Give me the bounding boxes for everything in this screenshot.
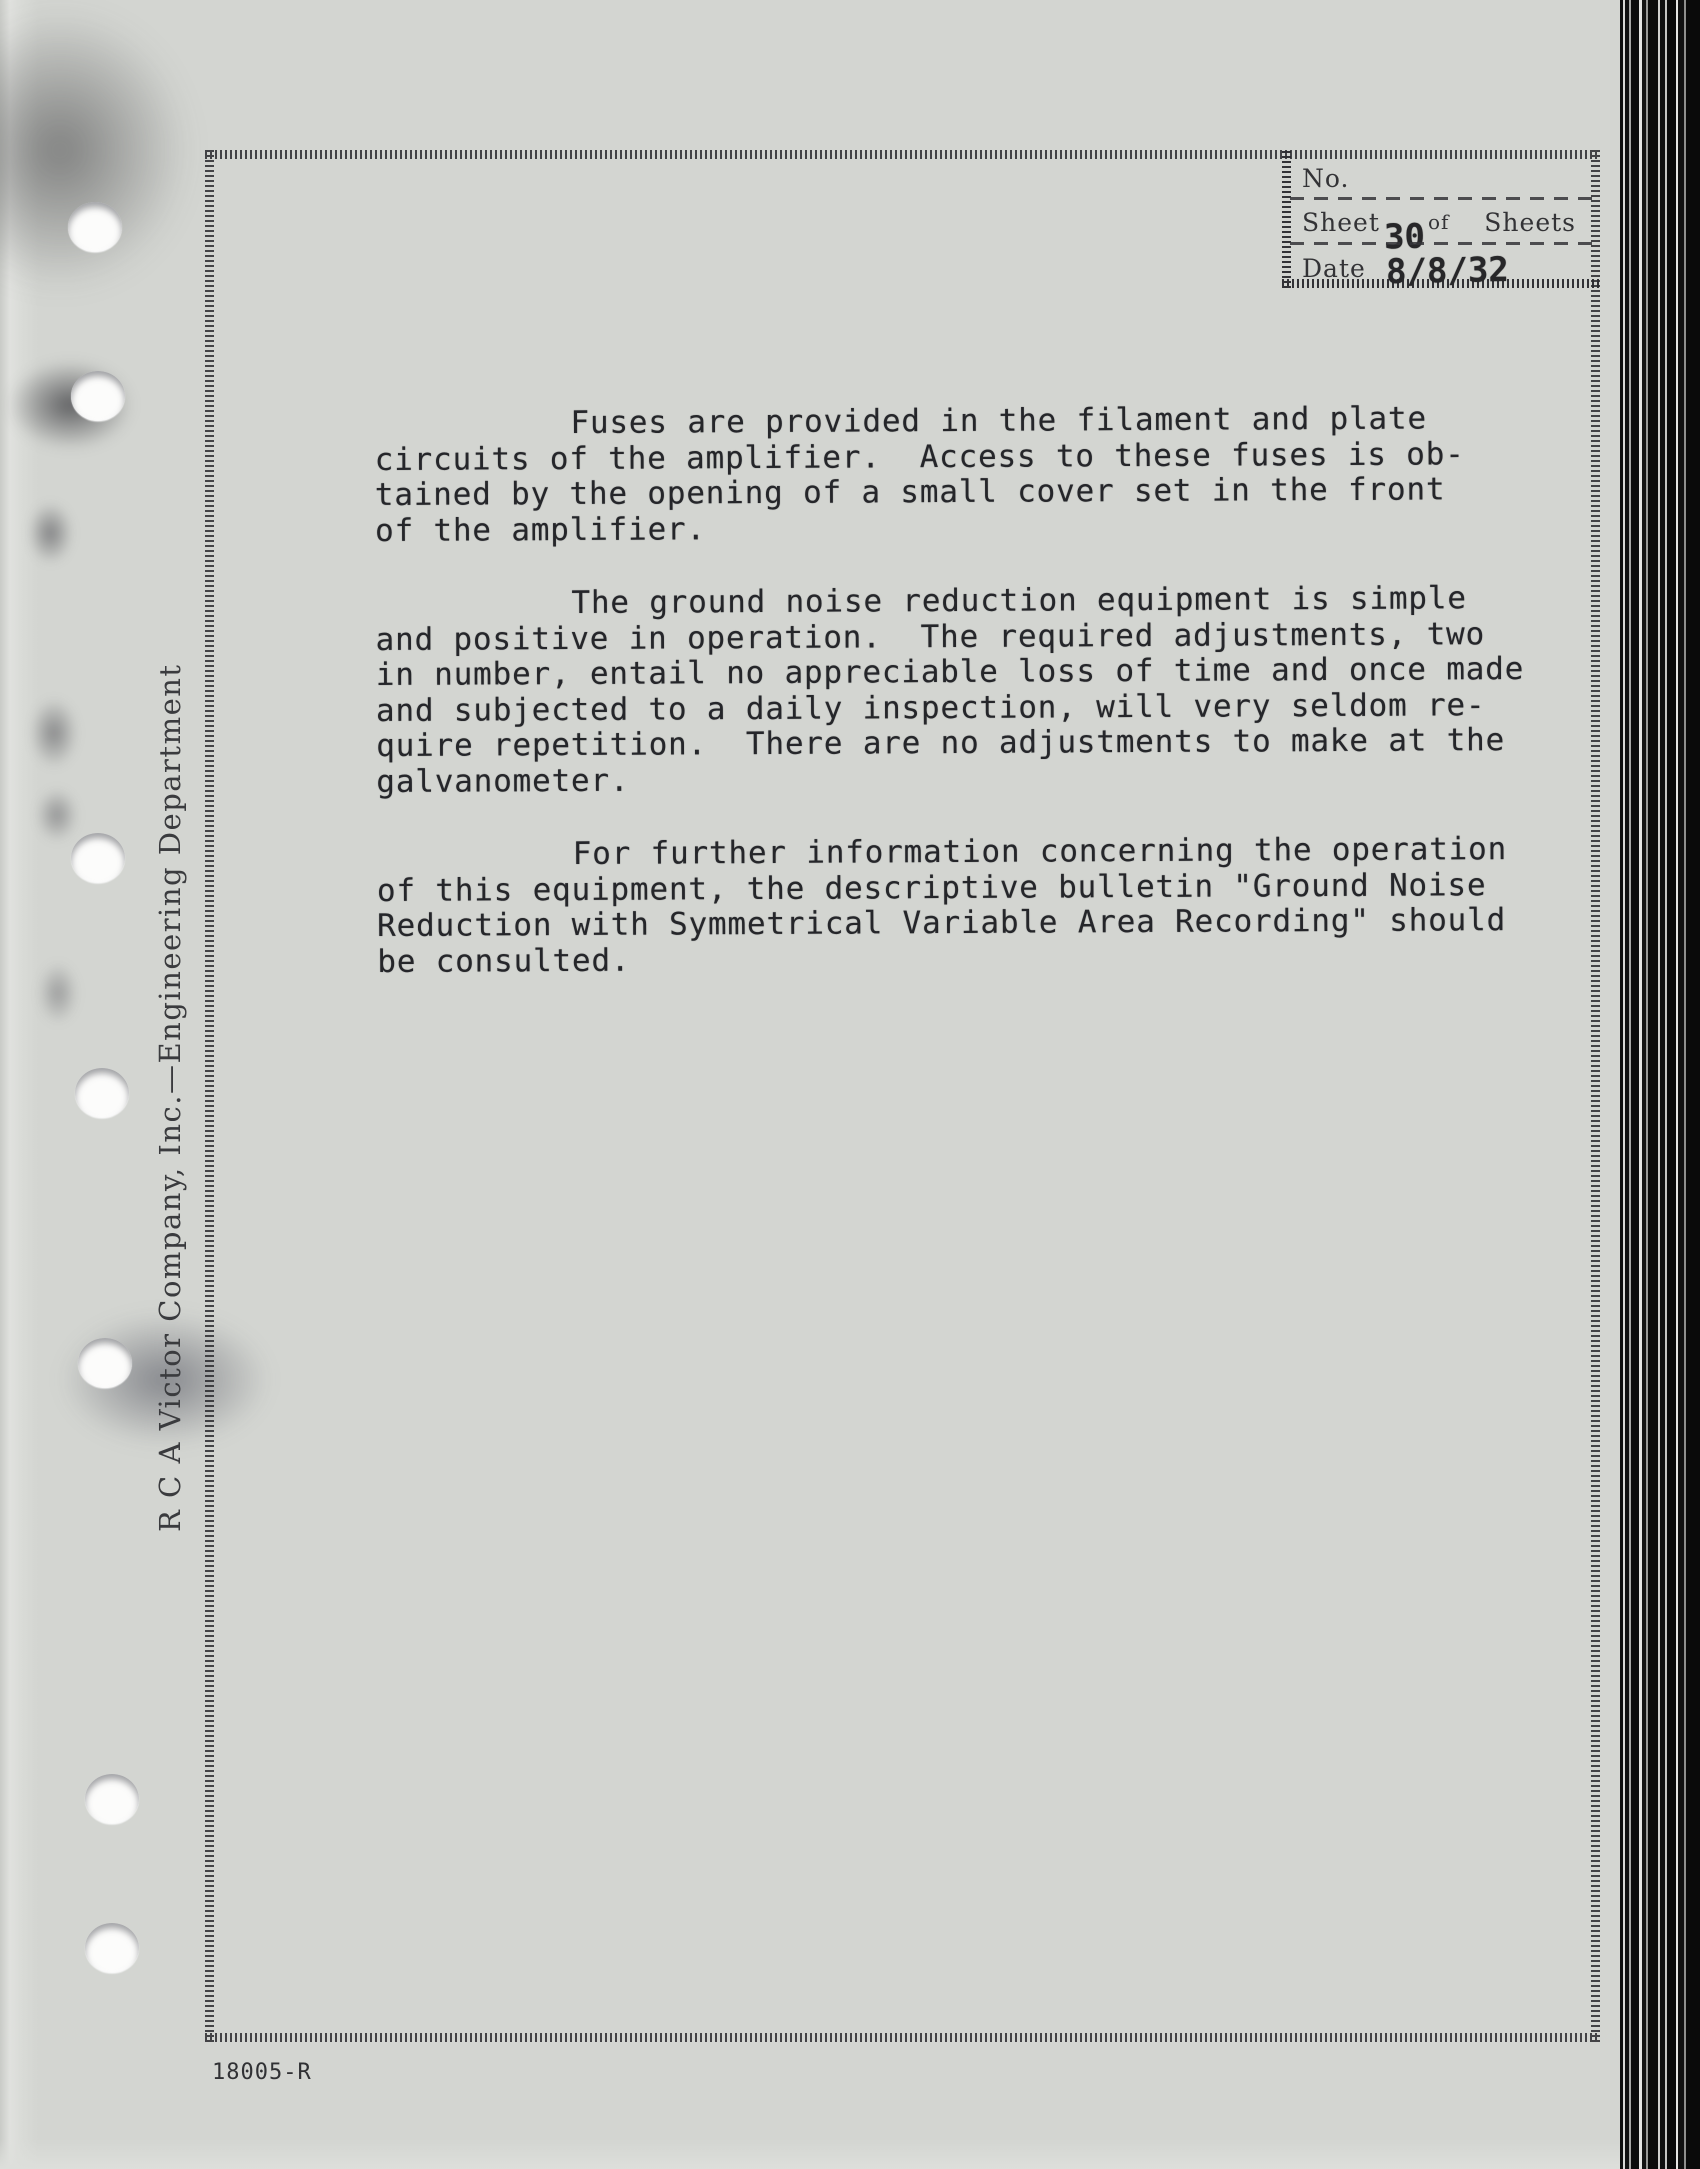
box-separator [1290,242,1594,245]
of-label: of [1428,212,1449,232]
document-text: Fuses are provided in the filament and p… [374,401,1537,1018]
date-value: 8/8/32 [1386,253,1509,289]
ink-smudge [36,788,78,842]
box-separator [1290,197,1594,200]
date-label: Date [1302,256,1366,281]
paragraph: Fuses are provided in the filament and p… [374,401,1535,549]
text-line: be consulted. [377,938,1537,980]
punch-hole [75,1068,129,1118]
punch-hole [68,202,122,252]
punch-hole [85,1774,139,1824]
paper-left-edge [0,0,38,2169]
text-line: of the amplifier. [375,507,1535,549]
form-number: 18005-R [212,2060,312,2085]
punch-hole [78,1338,132,1388]
ink-smudge [38,962,78,1024]
text-line: tained by the opening of a small cover s… [375,472,1535,514]
sheet-info-box: No. Sheet 30 of Sheets Date 8/8/32 [1282,150,1600,288]
sheet-label: Sheet [1302,210,1380,235]
company-imprint: R C A Victor Company, Inc.—Engineering D… [150,663,190,1532]
paragraph: The ground noise reduction equipment is … [375,581,1536,800]
sheets-label: Sheets [1484,210,1576,235]
text-line: Reduction with Symmetrical Variable Area… [377,903,1537,945]
sheet-number-value: 30 [1384,220,1426,255]
punch-hole [85,1923,139,1973]
scanned-page: No. Sheet 30 of Sheets Date 8/8/32 Fuses… [0,0,1700,2169]
text-line: galvanometer. [376,758,1536,800]
text-line: quire repetition. There are no adjustmen… [376,723,1536,765]
binding-edge [1620,0,1700,2169]
paper-bottom-edge [0,2139,1700,2169]
no-label: No. [1302,166,1349,191]
punch-hole [71,371,125,421]
punch-hole [71,833,125,883]
paragraph: For further information concerning the o… [377,832,1538,980]
